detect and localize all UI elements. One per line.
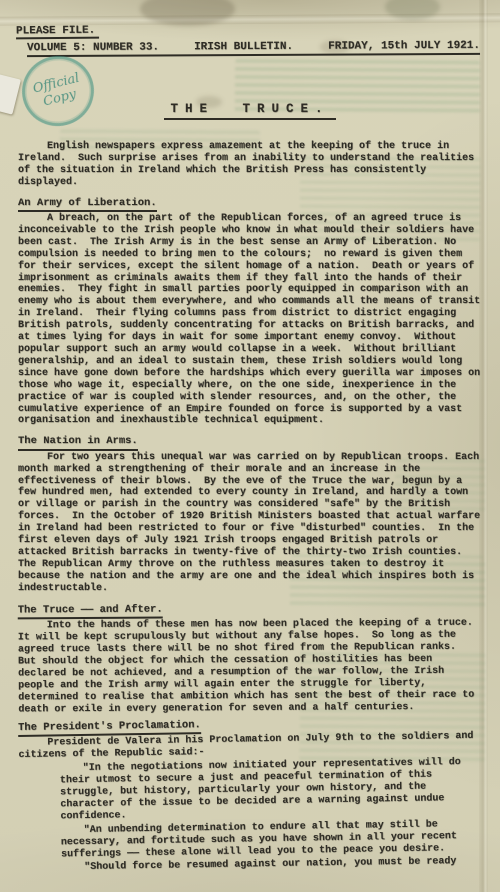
scanned-document-page: PLEASE FILE. VOLUME 5: NUMBER 33. IRISH … <box>0 0 500 892</box>
section-heading: The Nation in Arms. <box>18 436 138 450</box>
volume-number: VOLUME 5: NUMBER 33. <box>27 41 159 54</box>
paragraph: For two years this unequal war was carri… <box>18 452 483 595</box>
paragraph: English newspapers express amazement at … <box>18 141 483 189</box>
document-section: The Nation in Arms.For two years this un… <box>18 436 483 594</box>
paragraph: Into the hands of these men has now been… <box>18 618 484 716</box>
official-copy-stamp-icon: Official Copy <box>15 48 102 133</box>
section-heading: The Truce —— and After. <box>18 604 163 619</box>
document-body: English newspapers express amazement at … <box>18 141 483 885</box>
masthead-title: IRISH BULLETIN. <box>194 41 293 54</box>
document-section: The President's Proclamation.President d… <box>18 716 485 876</box>
section-heading: An Army of Liberation. <box>18 198 157 212</box>
issue-date: FRIDAY, 15th JULY 1921. <box>328 40 480 53</box>
paper-stain <box>385 0 440 20</box>
quoted-paragraph: "An unbending determination to endure al… <box>61 819 482 861</box>
document-section: An Army of Liberation.A breach, on the p… <box>18 198 483 428</box>
masthead-row: VOLUME 5: NUMBER 33. IRISH BULLETIN. FRI… <box>27 40 480 57</box>
document-section: The Truce —— and After.Into the hands of… <box>18 602 484 715</box>
quoted-paragraph: "In the negotiations now initiated your … <box>60 757 481 823</box>
paper-stain <box>140 0 235 26</box>
paragraph: A breach, on the part of the Republican … <box>18 213 483 427</box>
document-title: THE TRUCE. <box>164 102 335 120</box>
document-section: English newspapers express amazement at … <box>18 141 483 189</box>
please-file-note: PLEASE FILE. <box>16 25 99 40</box>
title-row: THE TRUCE. <box>0 99 500 120</box>
